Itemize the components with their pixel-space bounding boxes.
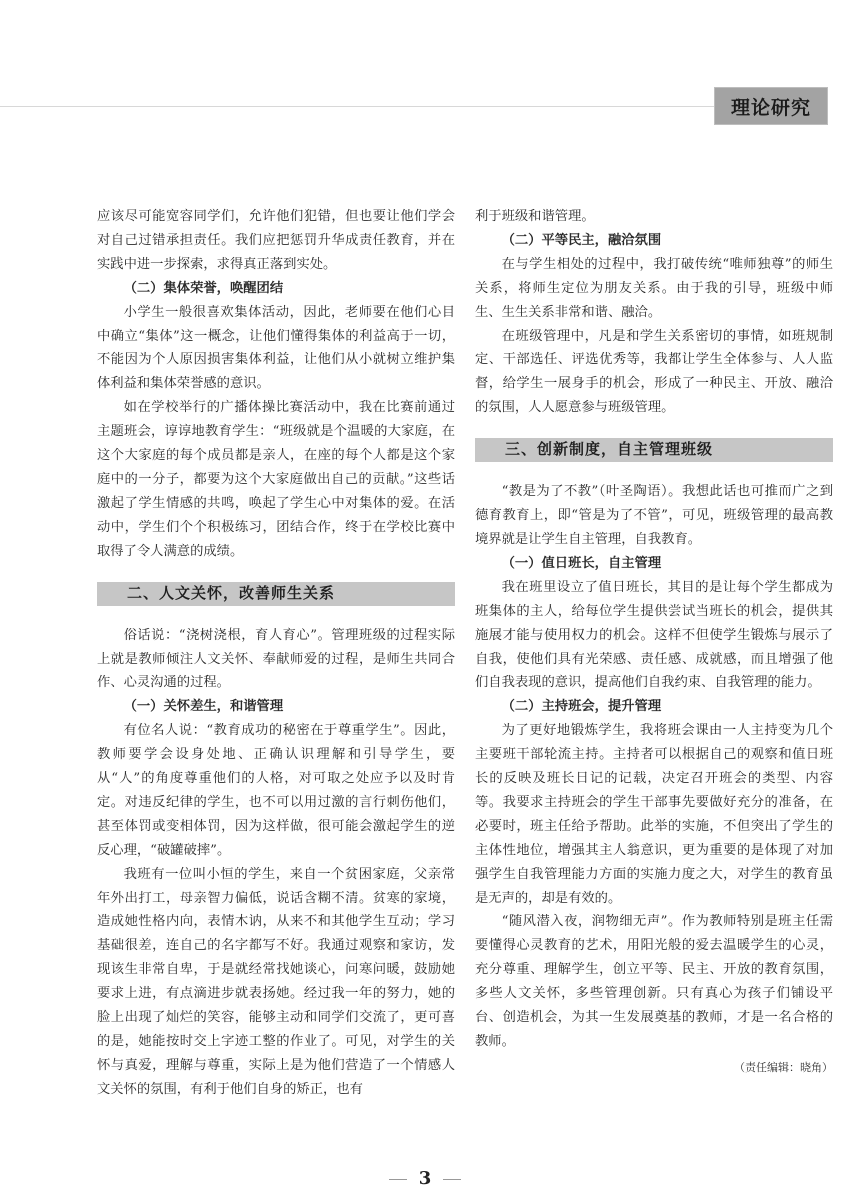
dash-left [389,1179,407,1180]
page-number: 3 [0,1168,850,1189]
editor-credit: （责任编辑：晓角） [475,1056,833,1080]
paragraph: 在与学生相处的过程中，我打破传统“唯师独尊”的师生关系，将师生定位为朋友关系。由… [475,253,833,325]
paragraph: 小学生一般很喜欢集体活动，因此，老师要在他们心目中确立“集体”这一概念，让他们懂… [97,301,455,397]
paragraph: 我班有一位叫小恒的学生，来自一个贫困家庭，父亲常年外出打工，母亲智力偏低，说话含… [97,863,455,1102]
paragraph: “随风潜入夜，润物细无声”。作为教师特别是班主任需要懂得心灵教育的艺术，用阳光般… [475,910,833,1053]
left-column: 应该尽可能宽容同学们，允许他们犯错，但也要让他们学会对自己过错承担责任。我们应把… [97,205,455,1102]
paragraph: “教是为了不教”（叶圣陶语）。我想此话也可推而广之到德育教育上，即“管是为了不管… [475,480,833,552]
section-label: 理论研究 [714,87,828,125]
paragraph: 如在学校举行的广播体操比赛活动中，我在比赛前通过主题班会，谆谆地教育学生：“班级… [97,396,455,563]
header-rule [0,106,714,107]
subheading: （二）集体荣誉，唤醒团结 [97,277,455,301]
page-number-value: 3 [419,1168,432,1189]
section-heading: 三、创新制度，自主管理班级 [475,438,833,462]
subheading: （二）平等民主，融洽氛围 [475,229,833,253]
section-heading: 二、人文关怀，改善师生关系 [97,582,455,606]
subheading: （二）主持班会，提升管理 [475,695,833,719]
right-column: 利于班级和谐管理。 （二）平等民主，融洽氛围 在与学生相处的过程中，我打破传统“… [475,205,833,1080]
subheading: （一）值日班长，自主管理 [475,552,833,576]
subheading: （一）关怀差生，和谐管理 [97,695,455,719]
paragraph: 我在班里设立了值日班长，其目的是让每个学生都成为班集体的主人，给每位学生提供尝试… [475,576,833,696]
paragraph: 有位名人说：“教育成功的秘密在于尊重学生”。因此，教师要学会设身处地、正确认识理… [97,719,455,862]
dash-right [443,1179,461,1180]
paragraph: 应该尽可能宽容同学们，允许他们犯错，但也要让他们学会对自己过错承担责任。我们应把… [97,205,455,277]
paragraph: 俗话说：“浇树浇根，育人育心”。管理班级的过程实际上就是教师倾注人文关怀、奉献师… [97,624,455,696]
paragraph: 利于班级和谐管理。 [475,205,833,229]
paragraph: 为了更好地锻炼学生，我将班会课由一人主持变为几个主要班干部轮流主持。主持者可以根… [475,719,833,910]
paragraph: 在班级管理中，凡是和学生关系密切的事情，如班规制定、干部选任、评选优秀等，我都让… [475,325,833,421]
